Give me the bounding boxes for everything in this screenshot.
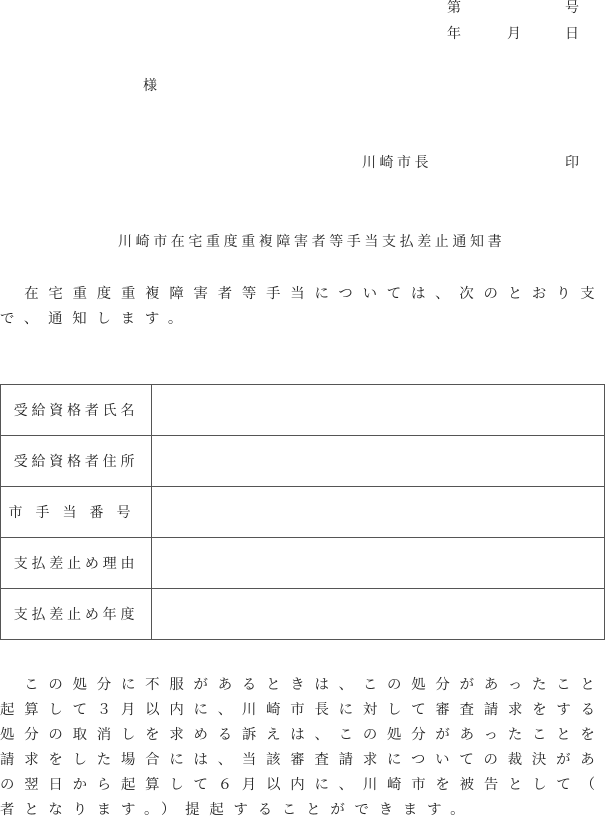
value-recipient-address <box>152 436 605 487</box>
intro-line: で、通知します。 <box>0 307 605 332</box>
notice-line: この処分に不服があるときは、この処分があったことを知った日の翌日から <box>0 673 605 698</box>
table-row-suspension-year: 支払差止め年度 <box>1 589 605 640</box>
notice-line: の翌日から起算して６月以内に、川崎市を被告として（川崎市長が被告の代表 <box>0 773 605 798</box>
date-month-label: 月 <box>507 26 521 42</box>
value-allowance-number <box>152 487 605 538</box>
label-recipient-name: 受給資格者氏名 <box>1 385 152 436</box>
table-row-allowance-number: 市手当番号 <box>1 487 605 538</box>
document-number-prefix: 第 <box>447 0 461 16</box>
table-row-recipient-address: 受給資格者住所 <box>1 436 605 487</box>
table-row-suspension-reason: 支払差止め理由 <box>1 538 605 589</box>
value-recipient-name <box>152 385 605 436</box>
date-day-label: 日 <box>565 26 579 42</box>
addressee-honorific: 様 <box>143 78 157 94</box>
notice-line: 者となります。）提起することができます。 <box>0 798 605 820</box>
appeal-notice-paragraph: この処分に不服があるときは、この処分があったことを知った日の翌日から 起算して３… <box>0 673 605 820</box>
date-year-label: 年 <box>447 26 461 42</box>
sender-name: 川崎市長 <box>362 155 432 171</box>
label-recipient-address: 受給資格者住所 <box>1 436 152 487</box>
label-suspension-reason: 支払差止め理由 <box>1 538 152 589</box>
intro-line: 在宅重度重複障害者等手当については、次のとおり支払を差し止めましたの <box>0 282 605 307</box>
notice-line: 請求をした場合には、当該審査請求についての裁決があったことを知った日） <box>0 748 605 773</box>
document-number-suffix: 号 <box>565 0 579 16</box>
value-suspension-year <box>152 589 605 640</box>
value-suspension-reason <box>152 538 605 589</box>
seal-mark: 印 <box>565 155 579 171</box>
table-row-recipient-name: 受給資格者氏名 <box>1 385 605 436</box>
label-allowance-number: 市手当番号 <box>1 487 152 538</box>
label-suspension-year: 支払差止め年度 <box>1 589 152 640</box>
notice-line: 処分の取消しを求める訴えは、この処分があったことを知った日（前記の審査 <box>0 723 605 748</box>
document-title: 川崎市在宅重度重複障害者等手当支払差止通知書 <box>118 233 505 251</box>
intro-paragraph: 在宅重度重複障害者等手当については、次のとおり支払を差し止めましたの で、通知し… <box>0 282 605 332</box>
notice-line: 起算して３月以内に、川崎市長に対して審査請求をすることができます。この <box>0 698 605 723</box>
recipient-info-table: 受給資格者氏名 受給資格者住所 市手当番号 支払差止め理由 支払差止め年度 <box>0 384 605 640</box>
